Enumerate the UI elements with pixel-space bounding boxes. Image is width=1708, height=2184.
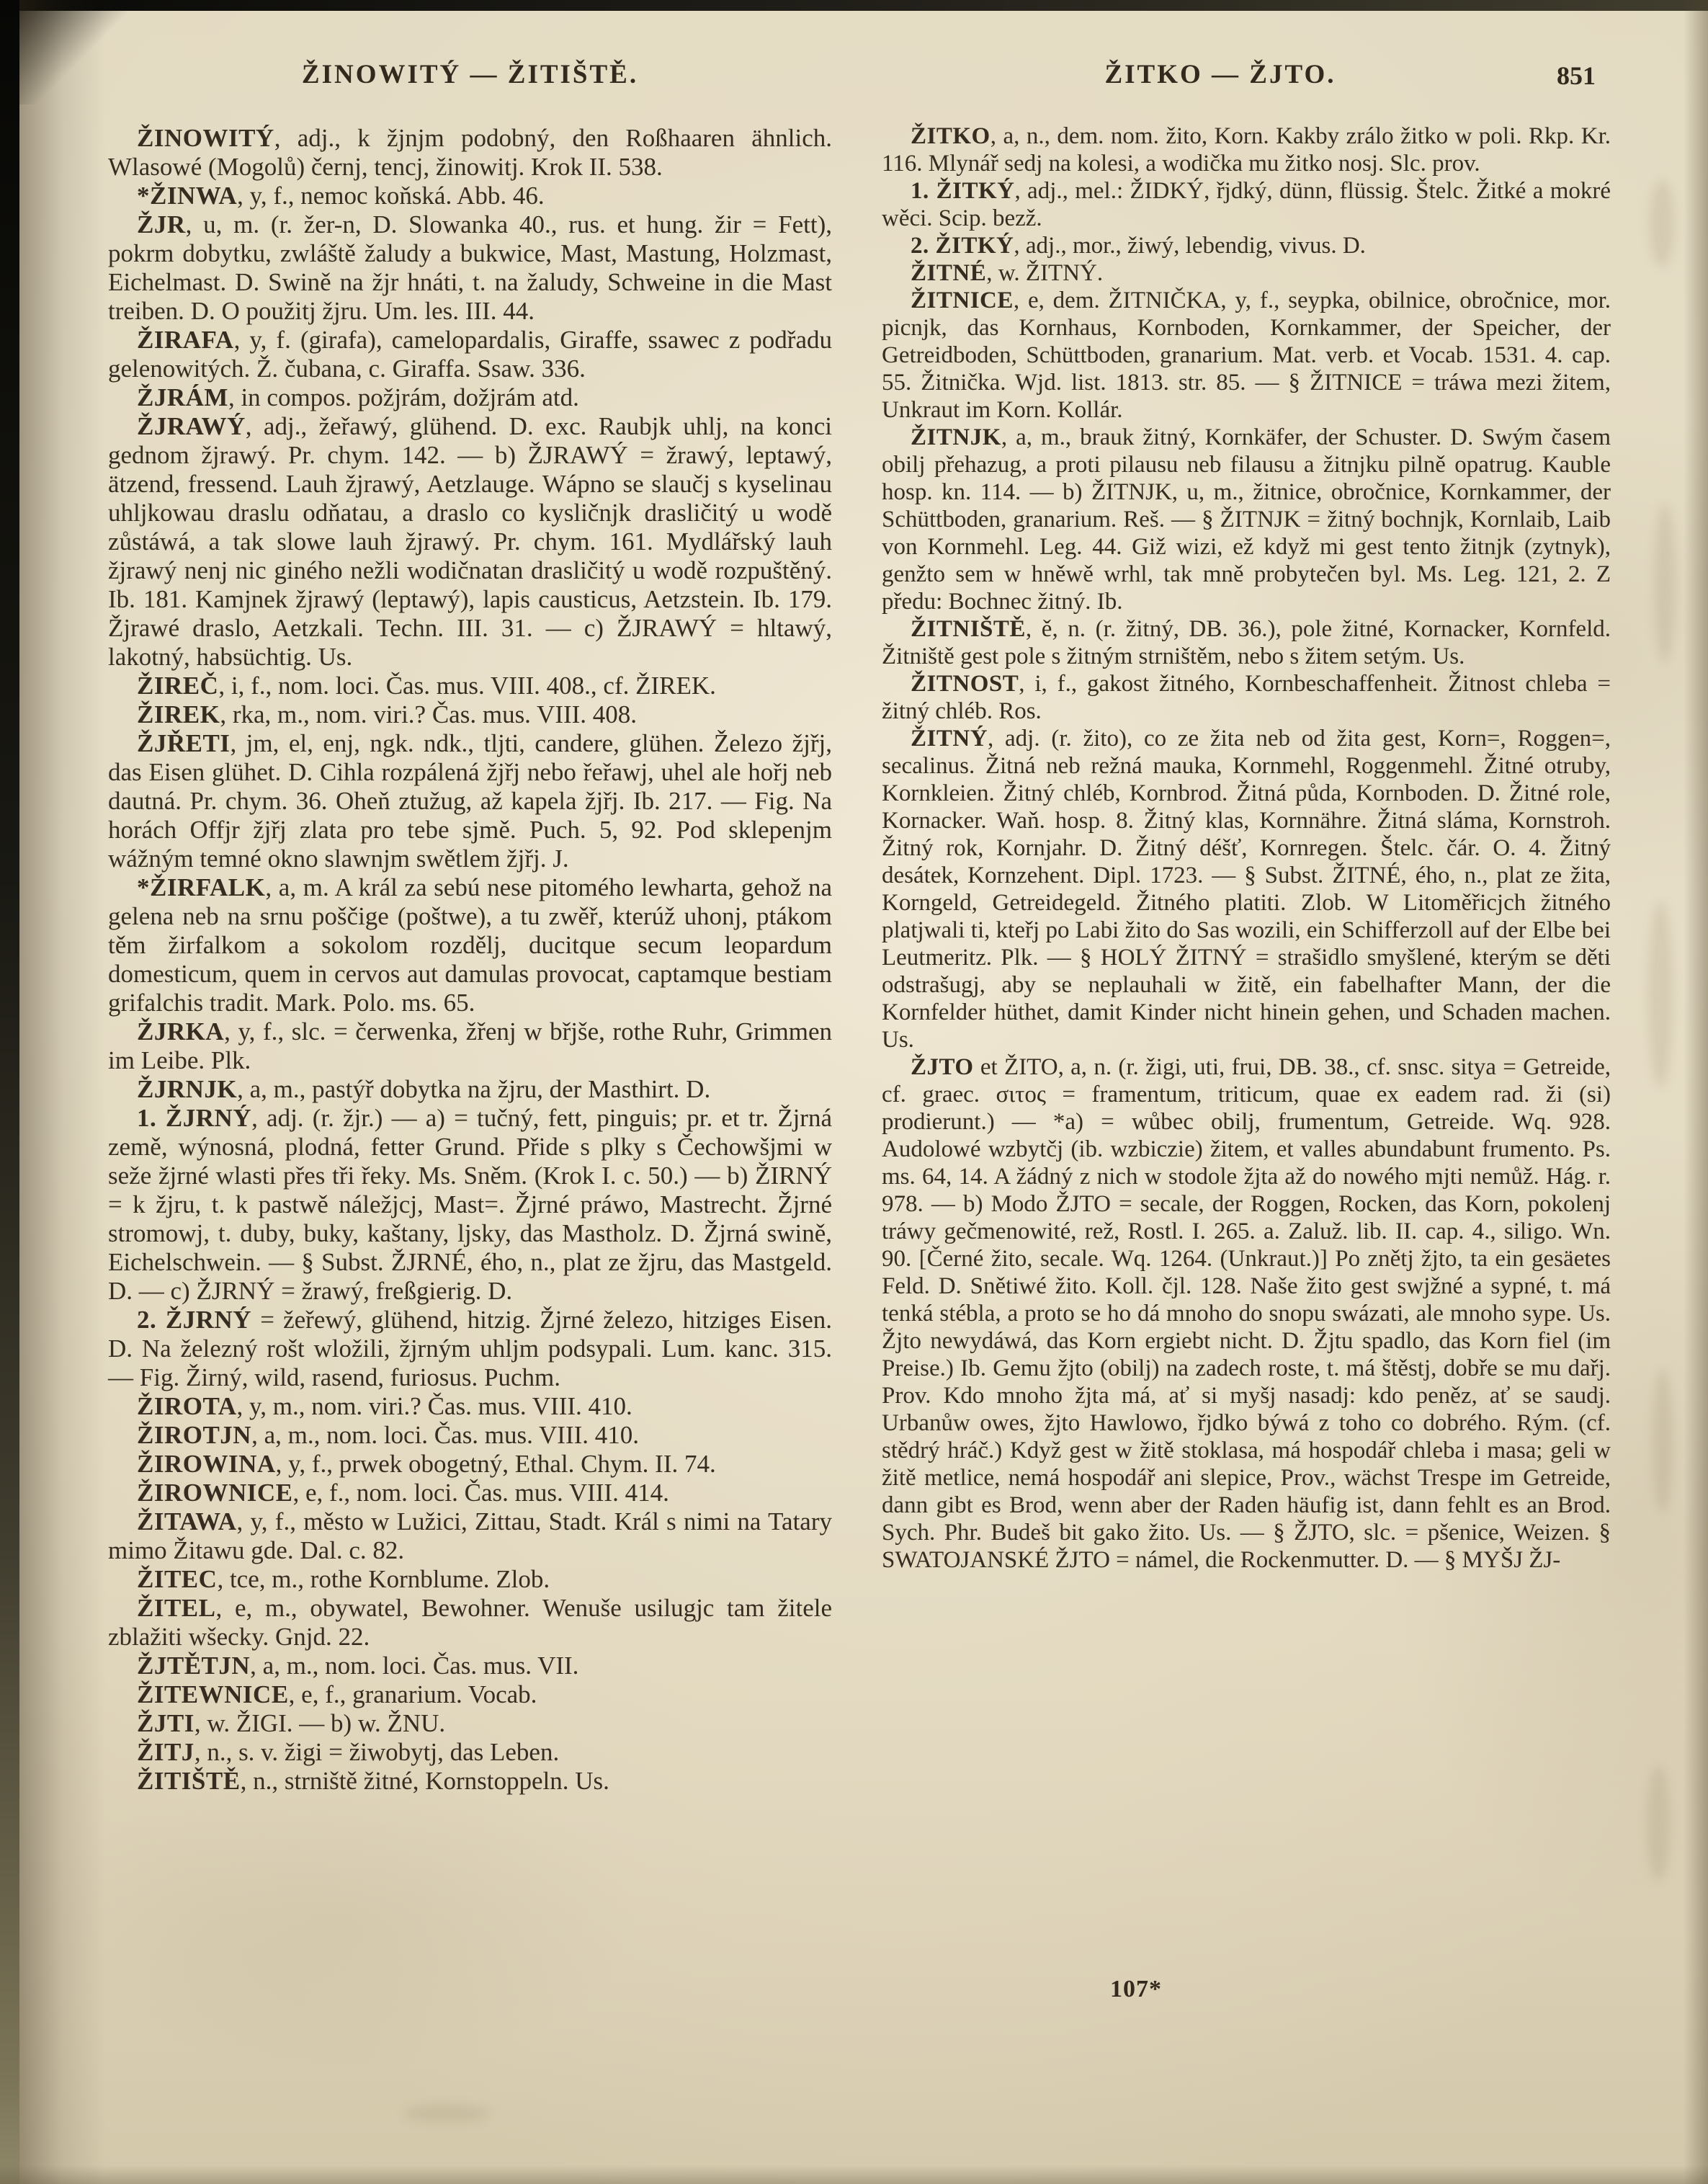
- headword: ŽITNÉ: [911, 260, 986, 286]
- dictionary-entry: ŽIROTA, y, m., nom. viri.? Čas. mus. VII…: [108, 1392, 832, 1421]
- dictionary-entry: ŽITIŠTĚ, n., strniště žitné, Kornstoppel…: [108, 1767, 832, 1796]
- bleed-through-mark: [1654, 504, 1676, 663]
- entry-body: , a, m., brauk žitný, Kornkäfer, der Sch…: [882, 424, 1611, 615]
- dictionary-entry: ŽITNJK, a, m., brauk žitný, Kornkäfer, d…: [882, 424, 1611, 615]
- dictionary-entry: ŽJTO et ŽITO, a, n. (r. žigi, uti, frui,…: [882, 1053, 1611, 1574]
- dictionary-entry: 2. ŽJRNÝ = žeřewý, glühend, hitzig. Žjrn…: [108, 1306, 832, 1392]
- dictionary-entry: 2. ŽITKÝ, adj., mor., žiwý, lebendig, vi…: [882, 232, 1611, 259]
- headword: ŽJR: [137, 210, 186, 239]
- dictionary-entry: ŽITKO, a, n., dem. nom. žito, Korn. Kakb…: [882, 122, 1611, 177]
- headword: 1. ŽJRNÝ: [137, 1104, 251, 1132]
- dictionary-entry: *ŽIRFALK, a, m. A král za sebú nese pito…: [108, 873, 832, 1017]
- entry-body: , a, n., dem. nom. žito, Korn. Kakby zrá…: [882, 123, 1611, 177]
- dictionary-entry: ŽITNICE, e, dem. ŽITNIČKA, y, f., seypka…: [882, 287, 1611, 424]
- headword: ŽITJ: [137, 1738, 195, 1766]
- entry-body: , adj. (r. žjr.) — a) = tučný, fett, pin…: [108, 1104, 832, 1305]
- headword: 1. ŽITKÝ: [911, 178, 1014, 204]
- dictionary-entry: ŽITEC, tce, m., rothe Kornblume. Zlob.: [108, 1565, 832, 1594]
- dictionary-entry: ŽIROWINA, y, f., prwek obogetný, Ethal. …: [108, 1450, 832, 1479]
- headword: ŽJRKA: [137, 1017, 224, 1046]
- bleed-through-mark: [1647, 1765, 1670, 1881]
- entry-body: , adj. (r. žito), co ze žita neb od žita…: [882, 726, 1611, 1053]
- headword: ŽJTĚTJN: [137, 1652, 250, 1680]
- dictionary-entry: ŽIREK, rka, m., nom. viri.? Čas. mus. VI…: [108, 700, 832, 729]
- running-head-left: ŽINOWITÝ — ŽITIŠTĚ.: [108, 59, 832, 90]
- scan-left-edge: [0, 0, 19, 2184]
- headword: ŽJTI: [137, 1709, 195, 1737]
- entry-body: , a, m., pastýř dobytka na žjru, der Mas…: [237, 1075, 710, 1103]
- dictionary-entry: ŽJRAWÝ, adj., žeřawý, glühend. D. exc. R…: [108, 412, 832, 672]
- headword: ŽITNIŠTĚ: [911, 616, 1026, 642]
- dictionary-entry: ŽIROTJN, a, m., nom. loci. Čas. mus. VII…: [108, 1421, 832, 1450]
- headword: ŽJŘETI: [137, 729, 230, 757]
- dictionary-entry: ŽJTĚTJN, a, m., nom. loci. Čas. mus. VII…: [108, 1652, 832, 1680]
- headword: ŽITEC: [137, 1565, 217, 1593]
- bleed-through-mark: [403, 2104, 490, 2123]
- headword: ŽIRAFA: [137, 326, 234, 354]
- dictionary-entry: ŽIRAFA, y, f. (girafa), camelopardalis, …: [108, 326, 832, 383]
- entry-body: , adj., žeřawý, glühend. D. exc. Raubjk …: [108, 412, 832, 671]
- dictionary-entry: ŽITAWA, y, f., město w Lužici, Zittau, S…: [108, 1507, 832, 1565]
- scan-right-edge: [1684, 0, 1708, 2184]
- gutter-shadow: [19, 0, 106, 2184]
- entry-body: , w. ŽIGI. — b) w. ŽNU.: [195, 1709, 445, 1737]
- headword: ŽITEL: [137, 1594, 216, 1622]
- headword: *ŽINWA: [137, 182, 237, 210]
- headword: ŽITAWA: [137, 1507, 237, 1536]
- headword: ŽIROTA: [137, 1392, 237, 1420]
- dictionary-entry: ŽITNOST, i, f., gakost žitného, Kornbesc…: [882, 670, 1611, 725]
- headword: ŽJRÁM: [137, 383, 228, 411]
- bleed-through-mark: [1650, 180, 1674, 267]
- headword: ŽITNOST: [911, 671, 1019, 697]
- dictionary-entry: ŽINOWITÝ, adj., k žjnjm podobný, den Roß…: [108, 124, 832, 182]
- dictionary-entry: ŽJRNJK, a, m., pastýř dobytka na žjru, d…: [108, 1075, 832, 1104]
- headword: 2. ŽJRNÝ: [137, 1306, 251, 1334]
- dictionary-entry: ŽJTI, w. ŽIGI. — b) w. ŽNU.: [108, 1709, 832, 1738]
- headword: ŽITNICE: [911, 288, 1014, 313]
- entry-body: , rka, m., nom. viri.? Čas. mus. VIII. 4…: [220, 700, 637, 728]
- entry-body: , i, f., nom. loci. Čas. mus. VIII. 408.…: [218, 672, 716, 700]
- headword: ŽIROTJN: [137, 1421, 251, 1449]
- signature-mark: 107*: [776, 1976, 1496, 2003]
- scan-top-edge: [0, 0, 1708, 11]
- dictionary-entry: ŽJR, u, m. (r. žer-n, D. Slowanka 40., r…: [108, 210, 832, 326]
- running-head-right: ŽITKO — ŽJTO.: [882, 59, 1559, 90]
- dictionary-entry: ŽITNÉ, w. ŽITNÝ.: [882, 259, 1611, 287]
- dictionary-entry: ŽIROWNICE, e, f., nom. loci. Čas. mus. V…: [108, 1479, 832, 1507]
- headword: ŽIREČ: [137, 672, 218, 700]
- headword: *ŽIRFALK: [137, 873, 265, 901]
- dictionary-entry: ŽITNIŠTĚ, ě, n. (r. žitný, DB. 36.), pol…: [882, 615, 1611, 670]
- headword: ŽIROWNICE: [137, 1479, 292, 1507]
- entry-body: , a, m., nom. loci. Čas. mus. VIII. 410.: [251, 1421, 639, 1449]
- page-number: 851: [1502, 61, 1596, 91]
- headword: ŽJTO: [911, 1054, 974, 1080]
- headword: ŽITNÝ: [911, 726, 988, 752]
- scanned-dictionary-page: ŽINOWITÝ — ŽITIŠTĚ. ŽITKO — ŽJTO. 851 ŽI…: [0, 0, 1708, 2184]
- headword: ŽITKO: [911, 123, 991, 149]
- entry-body: , a, m., nom. loci. Čas. mus. VII.: [250, 1652, 578, 1680]
- headword: ŽIREK: [137, 700, 220, 728]
- entry-body: , n., strniště žitné, Kornstoppeln. Us.: [241, 1767, 609, 1795]
- dictionary-entry: ŽJŘETI, jm, el, enj, ngk. ndk., tljti, c…: [108, 729, 832, 873]
- entry-body: , y, f., prwek obogetný, Ethal. Chym. II…: [276, 1450, 716, 1478]
- dictionary-entry: ŽITEL, e, m., obywatel, Bewohner. Wenuše…: [108, 1594, 832, 1652]
- dictionary-entry: ŽITEWNICE, e, f., granarium. Vocab.: [108, 1680, 832, 1709]
- entry-body: , e, m., obywatel, Bewohner. Wenuše usil…: [108, 1594, 832, 1651]
- left-column: ŽINOWITÝ, adj., k žjnjm podobný, den Roß…: [108, 124, 832, 1796]
- dictionary-entry: ŽIREČ, i, f., nom. loci. Čas. mus. VIII.…: [108, 672, 832, 700]
- entry-body: et ŽITO, a, n. (r. žigi, uti, frui, DB. …: [882, 1054, 1611, 1573]
- dictionary-entry: ŽITNÝ, adj. (r. žito), co ze žita neb od…: [882, 725, 1611, 1053]
- scan-bottom-edge: [0, 2165, 1708, 2184]
- bleed-through-mark: [1653, 1369, 1673, 1513]
- headword: ŽINOWITÝ: [137, 124, 274, 152]
- headword: ŽIROWINA: [137, 1450, 276, 1478]
- right-column: ŽITKO, a, n., dem. nom. žito, Korn. Kakb…: [882, 122, 1611, 1574]
- dictionary-entry: ŽITJ, n., s. v. žigi = žiwobytj, das Leb…: [108, 1738, 832, 1767]
- entry-body: , adj., mor., žiwý, lebendig, vivus. D.: [1014, 233, 1366, 259]
- headword: ŽITEWNICE: [137, 1680, 289, 1708]
- entry-body: , in compos. požjrám, dožjrám atd.: [228, 383, 579, 411]
- headword: ŽITNJK: [911, 424, 1001, 450]
- headword: ŽITIŠTĚ: [137, 1767, 241, 1795]
- headword: ŽJRAWÝ: [137, 412, 246, 440]
- headword: ŽJRNJK: [137, 1075, 237, 1103]
- entry-body: , n., s. v. žigi = žiwobytj, das Leben.: [195, 1738, 559, 1766]
- dictionary-entry: *ŽINWA, y, f., nemoc koňská. Abb. 46.: [108, 182, 832, 210]
- entry-body: , tce, m., rothe Kornblume. Zlob.: [217, 1565, 550, 1593]
- entry-body: , y, f., nemoc koňská. Abb. 46.: [237, 182, 544, 210]
- entry-body: , y, m., nom. viri.? Čas. mus. VIII. 410…: [237, 1392, 632, 1420]
- headword: 2. ŽITKÝ: [911, 233, 1014, 259]
- dictionary-entry: ŽJRÁM, in compos. požjrám, dožjrám atd.: [108, 383, 832, 412]
- entry-body: , u, m. (r. žer-n, D. Slowanka 40., rus.…: [108, 210, 832, 325]
- dictionary-entry: 1. ŽJRNÝ, adj. (r. žjr.) — a) = tučný, f…: [108, 1104, 832, 1306]
- dictionary-entry: 1. ŽITKÝ, adj., mel.: ŽIDKÝ, řjdký, dünn…: [882, 177, 1611, 232]
- dictionary-entry: ŽJRKA, y, f., slc. = čerwenka, žřenj w b…: [108, 1017, 832, 1075]
- entry-body: , e, f., granarium. Vocab.: [289, 1680, 537, 1708]
- bleed-through-mark: [1648, 901, 1673, 1088]
- entry-body: , w. ŽITNÝ.: [986, 260, 1103, 286]
- entry-body: , e, f., nom. loci. Čas. mus. VIII. 414.: [292, 1479, 669, 1507]
